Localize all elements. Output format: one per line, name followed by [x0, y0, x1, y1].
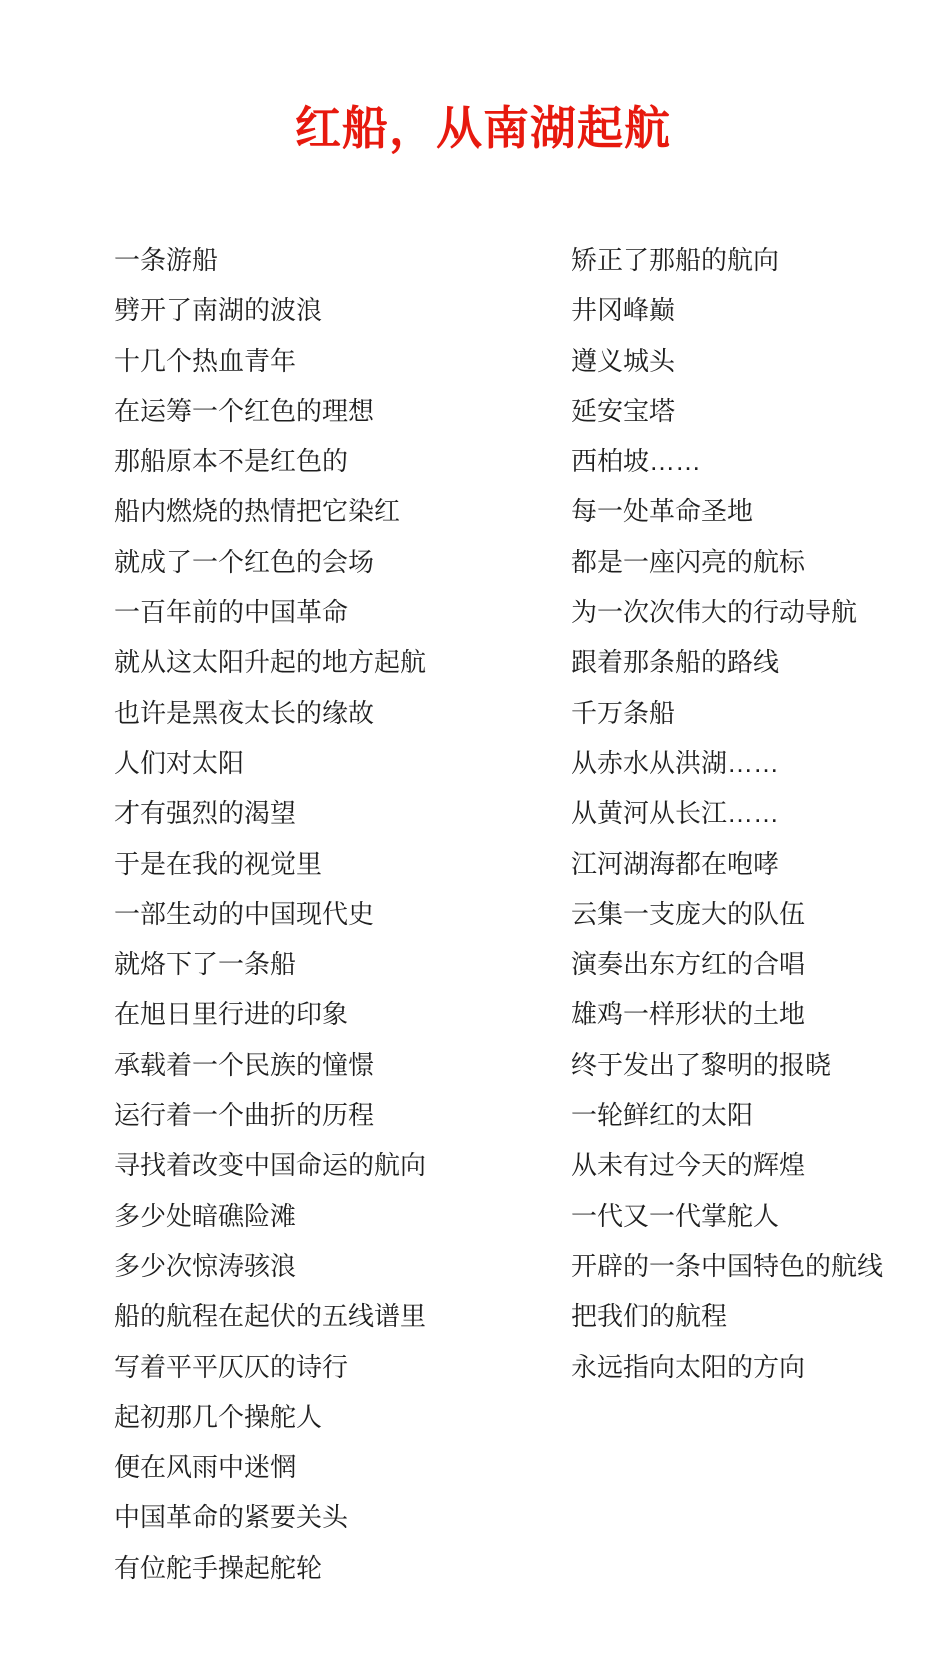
poem-line: 一条游船 — [114, 235, 426, 285]
poem-line: 于是在我的视觉里 — [114, 839, 426, 889]
poem-line: 西柏坡…… — [571, 436, 883, 486]
poem-line: 写着平平仄仄的诗行 — [114, 1342, 426, 1392]
poem-line: 终于发出了黎明的报晓 — [571, 1040, 883, 1090]
poem-title: 红船，从南湖起航 — [295, 101, 671, 156]
poem-line: 遵义城头 — [571, 336, 883, 386]
poem-line: 为一次次伟大的行动导航 — [571, 587, 883, 637]
poem-line: 就烙下了一条船 — [114, 939, 426, 989]
poem-line: 延安宝塔 — [571, 386, 883, 436]
poem-line: 从赤水从洪湖…… — [571, 738, 883, 788]
poem-line: 在运筹一个红色的理想 — [114, 386, 426, 436]
poem-line: 跟着那条船的路线 — [571, 637, 883, 687]
poem-column-left: 一条游船劈开了南湖的波浪十几个热血青年在运筹一个红色的理想那船原本不是红色的船内… — [114, 235, 426, 1593]
poem-line: 承载着一个民族的憧憬 — [114, 1040, 426, 1090]
poem-line: 船内燃烧的热情把它染红 — [114, 486, 426, 536]
poem-line: 十几个热血青年 — [114, 336, 426, 386]
poem-line: 多少处暗礁险滩 — [114, 1191, 426, 1241]
poem-line: 也许是黑夜太长的缘故 — [114, 688, 426, 738]
poem-page: 红船，从南湖起航 一条游船劈开了南湖的波浪十几个热血青年在运筹一个红色的理想那船… — [0, 0, 932, 1657]
poem-line: 把我们的航程 — [571, 1291, 883, 1341]
poem-line: 从黄河从长江…… — [571, 788, 883, 838]
poem-line: 人们对太阳 — [114, 738, 426, 788]
poem-line: 雄鸡一样形状的土地 — [571, 989, 883, 1039]
poem-line: 云集一支庞大的队伍 — [571, 889, 883, 939]
poem-line: 在旭日里行进的印象 — [114, 989, 426, 1039]
poem-line: 从未有过今天的辉煌 — [571, 1140, 883, 1190]
poem-line: 一百年前的中国革命 — [114, 587, 426, 637]
poem-line: 一轮鲜红的太阳 — [571, 1090, 883, 1140]
poem-line: 劈开了南湖的波浪 — [114, 285, 426, 335]
poem-line: 多少次惊涛骇浪 — [114, 1241, 426, 1291]
poem-line: 永远指向太阳的方向 — [571, 1342, 883, 1392]
poem-line: 中国革命的紧要关头 — [114, 1492, 426, 1542]
poem-line: 开辟的一条中国特色的航线 — [571, 1241, 883, 1291]
poem-line: 就从这太阳升起的地方起航 — [114, 637, 426, 687]
poem-line: 江河湖海都在咆哮 — [571, 839, 883, 889]
poem-line: 那船原本不是红色的 — [114, 436, 426, 486]
poem-line: 井冈峰巅 — [571, 285, 883, 335]
poem-line: 一代又一代掌舵人 — [571, 1191, 883, 1241]
poem-line: 船的航程在起伏的五线谱里 — [114, 1291, 426, 1341]
poem-line: 都是一座闪亮的航标 — [571, 537, 883, 587]
poem-line: 运行着一个曲折的历程 — [114, 1090, 426, 1140]
poem-line: 才有强烈的渴望 — [114, 788, 426, 838]
poem-line: 有位舵手操起舵轮 — [114, 1543, 426, 1593]
poem-line: 矫正了那船的航向 — [571, 235, 883, 285]
poem-line: 每一处革命圣地 — [571, 486, 883, 536]
poem-line: 起初那几个操舵人 — [114, 1392, 426, 1442]
poem-line: 就成了一个红色的会场 — [114, 537, 426, 587]
poem-line: 寻找着改变中国命运的航向 — [114, 1140, 426, 1190]
poem-line: 便在风雨中迷惘 — [114, 1442, 426, 1492]
poem-line: 一部生动的中国现代史 — [114, 889, 426, 939]
poem-column-right: 矫正了那船的航向井冈峰巅遵义城头延安宝塔西柏坡……每一处革命圣地都是一座闪亮的航… — [571, 235, 883, 1392]
poem-line: 演奏出东方红的合唱 — [571, 939, 883, 989]
poem-line: 千万条船 — [571, 688, 883, 738]
